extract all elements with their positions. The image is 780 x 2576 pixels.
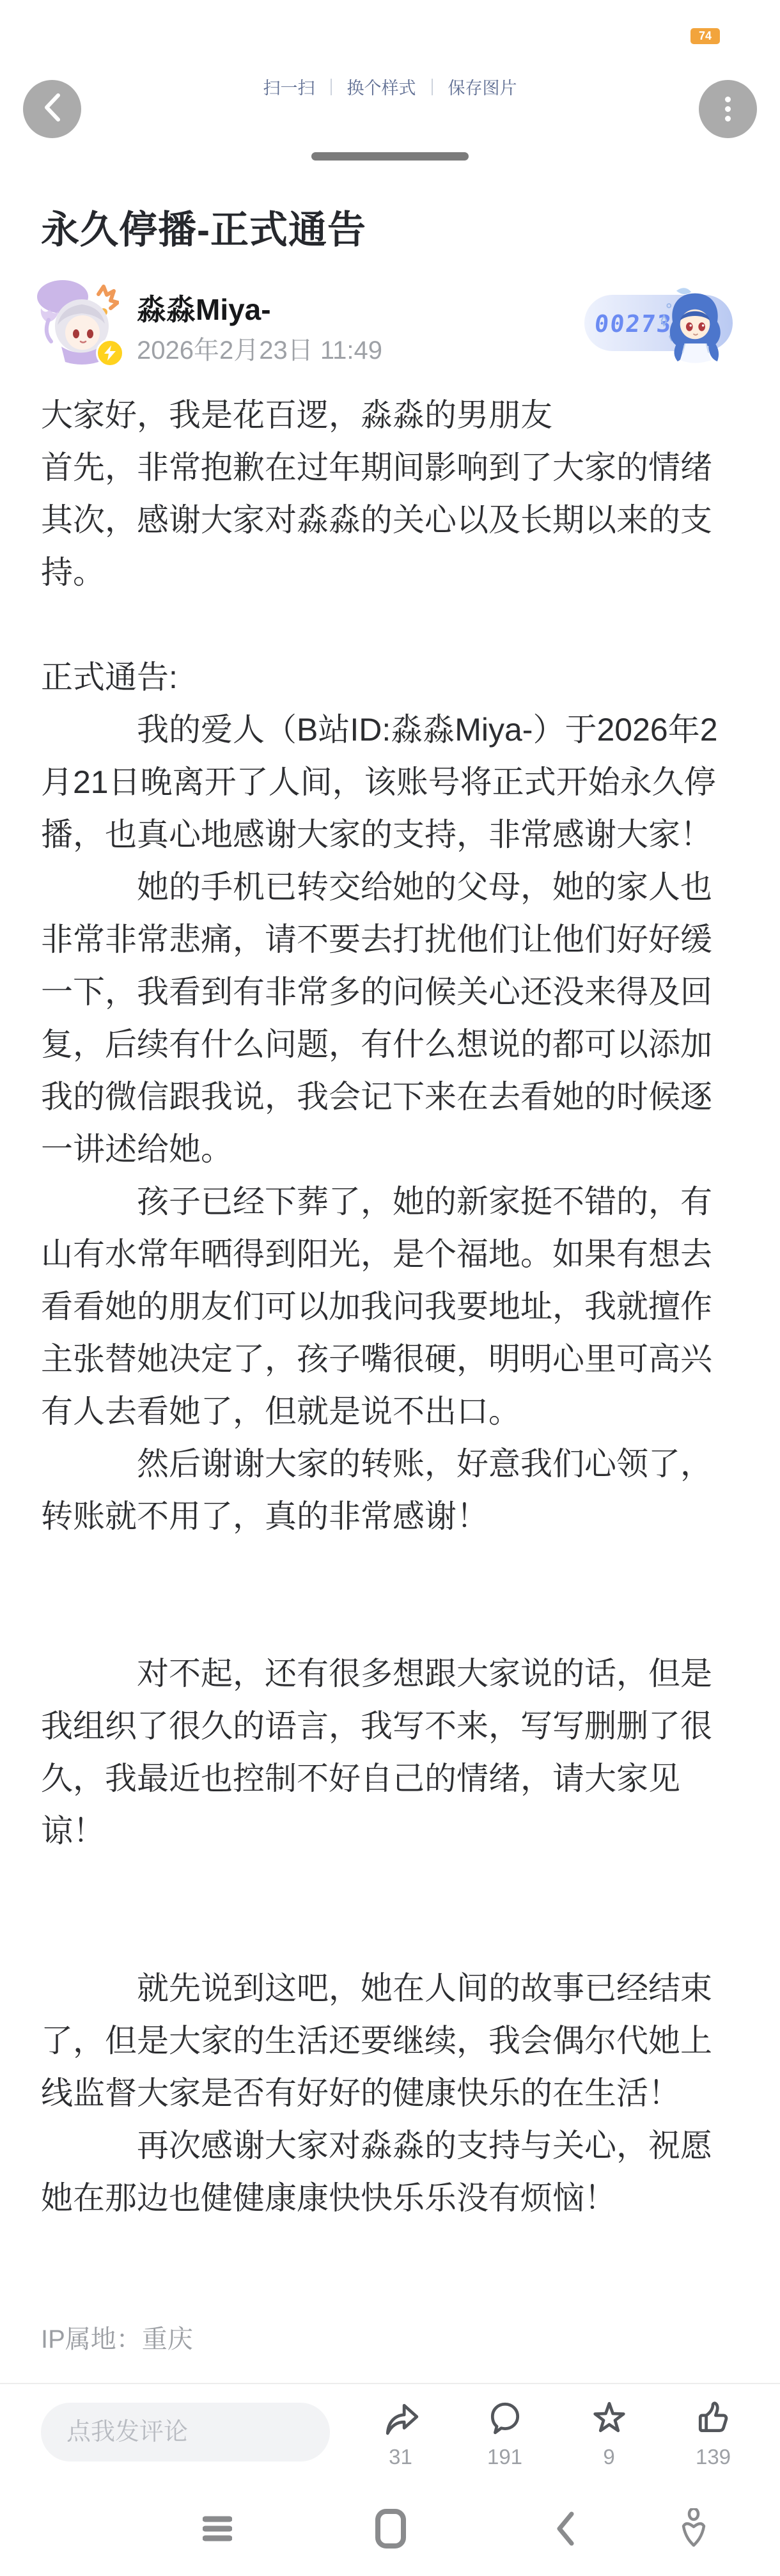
share-count: 31 xyxy=(389,2445,412,2469)
paragraph: 正式通告: xyxy=(41,651,739,703)
paragraph: 我的爱人（B站ID:淼淼Miya-）于2026年2月21日晚离开了人间，该账号将… xyxy=(41,703,739,861)
paragraph: 就先说到这吧，她在人间的故事已经结束了，但是大家的生活还要继续，我会偶尔代她上线… xyxy=(41,1962,739,2119)
comment-icon xyxy=(487,2399,524,2440)
paragraph: 再次感谢大家对淼淼的支持与关心，祝愿她在那边也健健康康快快乐乐没有烦恼！ xyxy=(41,2119,739,2224)
share-card-page: 74 扫一扫 换个样式 保存图片 永久停播-正式通告 xyxy=(0,0,780,2576)
paragraph: 大家好，我是花百逻，淼淼的男朋友 xyxy=(41,389,739,441)
menu-icon xyxy=(203,2514,232,2547)
author-name: 淼淼Miya- xyxy=(137,287,271,329)
comment-count: 191 xyxy=(487,2445,522,2469)
like-button[interactable]: 139 xyxy=(661,2399,765,2469)
like-thumb-icon xyxy=(695,2399,732,2440)
comment-input[interactable]: 点我发评论 xyxy=(41,2403,330,2462)
post-title: 永久停播-正式通告 xyxy=(41,200,739,255)
ip-location: IP属地：重庆 xyxy=(41,2319,193,2355)
nav-menu-button[interactable] xyxy=(197,2509,238,2550)
battery-indicator: 74 xyxy=(690,28,720,44)
drag-handle[interactable] xyxy=(311,152,469,161)
share-icon xyxy=(382,2399,419,2440)
blank-line xyxy=(41,1910,739,1962)
chibi-mascot-icon xyxy=(655,285,735,365)
blank-line xyxy=(41,599,739,651)
nav-assistant-button[interactable] xyxy=(673,2509,714,2550)
tab-scan[interactable]: 扫一扫 xyxy=(263,72,315,102)
favorite-star-icon xyxy=(591,2399,628,2440)
paragraph: 其次，感谢大家对淼淼的关心以及长期以来的支持。 xyxy=(41,494,739,599)
lightning-badge-icon xyxy=(96,339,124,367)
tab-change-style[interactable]: 换个样式 xyxy=(347,72,416,102)
paragraph: 然后谢谢大家的转账，好意我们心领了，转账就不用了，真的非常感谢！ xyxy=(41,1438,739,1543)
comment-button[interactable]: 191 xyxy=(453,2399,557,2469)
tab-divider xyxy=(331,79,332,95)
favorite-button[interactable]: 9 xyxy=(557,2399,661,2469)
paragraph: 对不起，还有很多想跟大家说的话，但是我组织了很久的语言，我写不来，写写删删了很久… xyxy=(41,1647,739,1857)
back-chevron-icon xyxy=(554,2510,576,2550)
blank-line xyxy=(41,1543,739,1595)
nav-recents-button[interactable] xyxy=(370,2509,411,2550)
like-count: 139 xyxy=(696,2445,731,2469)
assistant-person-icon xyxy=(678,2508,709,2552)
paragraph: 首先，非常抱歉在过年期间影响到了大家的情绪 xyxy=(41,441,739,494)
paragraph: 孩子已经下葬了，她的新家挺不错的，有山有水常年晒得到阳光，是个福地。如果有想去看… xyxy=(41,1175,739,1438)
post-datetime: 2026年2月23日 11:49 xyxy=(137,330,382,366)
fan-medal-badge: 002734 xyxy=(584,295,733,351)
tab-save-image[interactable]: 保存图片 xyxy=(448,72,517,102)
paragraph: 她的手机已转交给她的父母，她的家人也非常非常悲痛，请不要去打扰他们让他们好好缓一… xyxy=(41,861,739,1175)
action-bar: 31 191 9 139 xyxy=(348,2399,765,2469)
post-body: 大家好，我是花百逻，淼淼的男朋友 首先，非常抱歉在过年期间影响到了大家的情绪 其… xyxy=(41,389,739,2224)
tab-divider xyxy=(432,79,433,95)
recents-square-icon xyxy=(375,2508,407,2552)
nav-back-button[interactable] xyxy=(545,2509,586,2550)
header-toolbar: 扫一扫 换个样式 保存图片 xyxy=(0,72,780,102)
blank-line xyxy=(41,1595,739,1647)
share-button[interactable]: 31 xyxy=(348,2399,453,2469)
blank-line xyxy=(41,1857,739,1910)
section-divider xyxy=(0,2383,780,2384)
favorite-count: 9 xyxy=(603,2445,614,2469)
system-nav-bar xyxy=(0,2502,780,2559)
